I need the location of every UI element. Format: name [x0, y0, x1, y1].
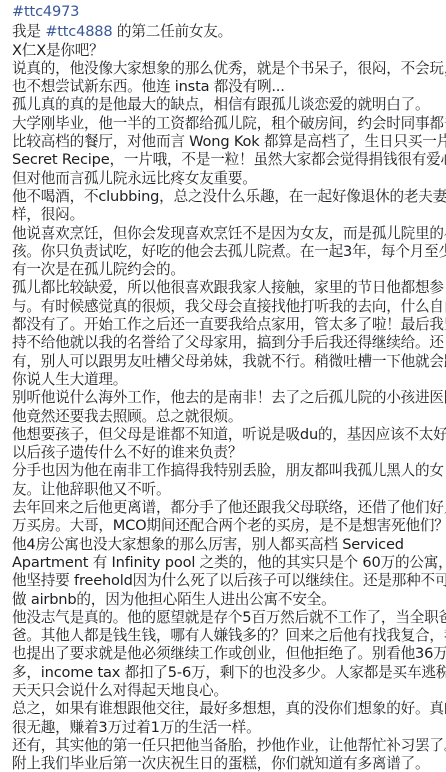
post-paragraph: 总之，如果有谁想跟他交往，最好多想想，真的没你们想象的好。真的很无趣，赚着3万过… — [12, 700, 446, 737]
text-line: 他竟然还要我去照顾。总之就很烦。 — [12, 408, 446, 426]
text-line: 孩。你只负责试吃，好吃的他会去孤儿院煮。在一起3年，每个月至少 — [12, 243, 446, 261]
text-line: Secret Recipe，一片哦，不是一粒！虽然大家都会觉得捐钱很有爱心， — [12, 151, 446, 169]
hashtag-link[interactable]: #ttc4888 — [45, 23, 112, 40]
text-line: 天天只会说什么对得起天地良心。 — [12, 682, 446, 700]
post-paragraph: 别听他说什么海外工作，他去的是南非！去了之后孤儿院的小孩进医院他竟然还要我去照顾… — [12, 389, 446, 426]
text-line: 你说人生大道理。 — [12, 371, 446, 389]
text-line: 总之，如果有谁想跟他交往，最好多想想，真的没你们想象的好。真的 — [12, 700, 446, 718]
text-line: 比较高档的餐厅，对他而言 Wong Kok 都算是高档了，生日只买一片 — [12, 133, 446, 151]
text-line: 还有，其实他的第一任只把他当备胎，抄他作业，让他帮忙补习罢了。 — [12, 737, 446, 755]
text-line: 分手也因为他在南非工作搞得我特别丢脸，朋友都叫我孤儿黑人的女 — [12, 462, 446, 480]
text-line: 万买房。大哥，MCO期间还配合两个老的买房，是不是想害死他们？ — [12, 517, 446, 535]
post-paragraph: 他想要孩子，但父母是谁都不知道，听说是吸du的，基因应该不太好，以后孩子遗传什么… — [12, 426, 446, 463]
text-line: 他没志气是真的。他的愿望就是存个5百万然后就不工作了，当全职爸 — [12, 609, 446, 627]
text-line: 去年回来之后他更离谱，都分手了他还跟我父母联络，还借了他们好几 — [12, 499, 446, 517]
text-line: 爸。其他人都是钱生钱，哪有人嫌钱多的？回来之后他有找我复合，我 — [12, 627, 446, 645]
text-line: 很无趣，赚着3万过着1万的生活一样。 — [12, 719, 446, 737]
text-line: 也不想尝试新东西。他连 insta 都没有咧... — [12, 78, 446, 96]
text-line: 他坚持要 freehold因为什么死了以后孩子可以继续住。还是那种不可以 — [12, 572, 446, 590]
text-line: 样，很闷。 — [12, 206, 446, 224]
post-paragraph: 他没志气是真的。他的愿望就是存个5百万然后就不工作了，当全职爸爸。其他人都是钱生… — [12, 609, 446, 700]
post-paragraph: 他说喜欢烹饪，但你会发现喜欢烹饪不是因为女友，而是孤儿院里的小孩。你只负责试吃，… — [12, 225, 446, 280]
text-line: 与。有时候感觉真的很烦，我父母会直接找他打听我的去向，什么自由 — [12, 298, 446, 316]
text-line: 他不喝酒，不clubbing，总之没什么乐趣，在一起好像退休的老夫妻一 — [12, 188, 446, 206]
text-line: 友。让他辞职他又不听。 — [12, 481, 446, 499]
post-paragraph: 去年回来之后他更离谱，都分手了他还跟我父母联络，还借了他们好几万买房。大哥，MC… — [12, 499, 446, 536]
text-line: Apartment 有 Infinity pool 之类的，他的其实只是个 60… — [12, 554, 446, 572]
text-line: 附上我们毕业后第一次庆祝生日的蛋糕，你们就知道有多离谱了。 — [12, 755, 446, 772]
post-paragraph: 大学刚毕业，他一半的工资都给孤儿院，租个破房间，约会时同事都去比较高档的餐厅，对… — [12, 115, 446, 188]
post-paragraph: 孤儿真的真的是他最大的缺点，相信有跟孤儿谈恋爱的就明白了。 — [12, 96, 446, 114]
text-line: 有一次是在孤儿院约会的。 — [12, 261, 446, 279]
post-paragraph: 孤儿都比较缺爱，所以他很喜欢跟我家人接触，家里的节日他都想参与。有时候感觉真的很… — [12, 279, 446, 389]
text-line: 他想要孩子，但父母是谁都不知道，听说是吸du的，基因应该不太好， — [12, 426, 446, 444]
post-paragraph: 附上我们毕业后第一次庆祝生日的蛋糕，你们就知道有多离谱了。 — [12, 755, 446, 772]
post-text: 我是 #ttc4888 的第二任前女友。X仁X是你吧？说真的，他没像大家想象的那… — [12, 23, 446, 772]
text-line: 做 airbnb的，因为他担心陌生人进出公寓不安全。 — [12, 591, 446, 609]
post-paragraph: 他不喝酒，不clubbing，总之没什么乐趣，在一起好像退休的老夫妻一样，很闷。 — [12, 188, 446, 225]
text-line: 都没有了。开始工作之后还一直要我给点家用，管太多了啦！最后我坚 — [12, 316, 446, 334]
text-line: 多，income tax 都扣了5-6万，剩下的也没多少。人家都是买车逃税他 — [12, 664, 446, 682]
post-hashtag-link[interactable]: #ttc4973 — [12, 3, 446, 21]
text-line: X仁X是你吧？ — [12, 42, 446, 60]
text-line: 孤儿真的真的是他最大的缺点，相信有跟孤儿谈恋爱的就明白了。 — [12, 96, 446, 114]
post-paragraph: 他4房公寓也没大家想象的那么厉害，别人都买高档 ServicedApartmen… — [12, 536, 446, 609]
text-line: 我是 #ttc4888 的第二任前女友。 — [12, 23, 446, 41]
text-line: 他说喜欢烹饪，但你会发现喜欢烹饪不是因为女友，而是孤儿院里的小 — [12, 225, 446, 243]
text-line: 孤儿都比较缺爱，所以他很喜欢跟我家人接触，家里的节日他都想参 — [12, 279, 446, 297]
text-line: 有，别人可以跟男友吐槽父母弟妹，我就不行。稍微吐槽一下他就会跟 — [12, 353, 446, 371]
post-paragraph: X仁X是你吧？ — [12, 42, 446, 60]
post-paragraph: 说真的，他没像大家想象的那么优秀，就是个书呆子，很闷，不会玩，也不想尝试新东西。… — [12, 60, 446, 97]
text-line: 说真的，他没像大家想象的那么优秀，就是个书呆子，很闷，不会玩， — [12, 60, 446, 78]
text-line: 大学刚毕业，他一半的工资都给孤儿院，租个破房间，约会时同事都去 — [12, 115, 446, 133]
post-paragraph: 我是 #ttc4888 的第二任前女友。 — [12, 23, 446, 41]
text-line: 但对他而言孤儿院永远比疼女友重要。 — [12, 170, 446, 188]
text-line: 以后孩子遗传什么不好的谁来负责？ — [12, 444, 446, 462]
text-line: 他4房公寓也没大家想象的那么厉害，别人都买高档 Serviced — [12, 536, 446, 554]
post-paragraph: 分手也因为他在南非工作搞得我特别丢脸，朋友都叫我孤儿黑人的女友。让他辞职他又不听… — [12, 462, 446, 499]
text-line: 也提出了要求就是他必须继续工作或创业，但他拒绝了。别看他36万很 — [12, 645, 446, 663]
post-body: #ttc4973 我是 #ttc4888 的第二任前女友。X仁X是你吧？说真的，… — [0, 0, 446, 772]
text-line: 持不给他就以我的名誉给了父母家用，搞到分手后我还得继续给。还 — [12, 334, 446, 352]
text-line: 别听他说什么海外工作，他去的是南非！去了之后孤儿院的小孩进医院 — [12, 389, 446, 407]
post-paragraph: 还有，其实他的第一任只把他当备胎，抄他作业，让他帮忙补习罢了。 — [12, 737, 446, 755]
